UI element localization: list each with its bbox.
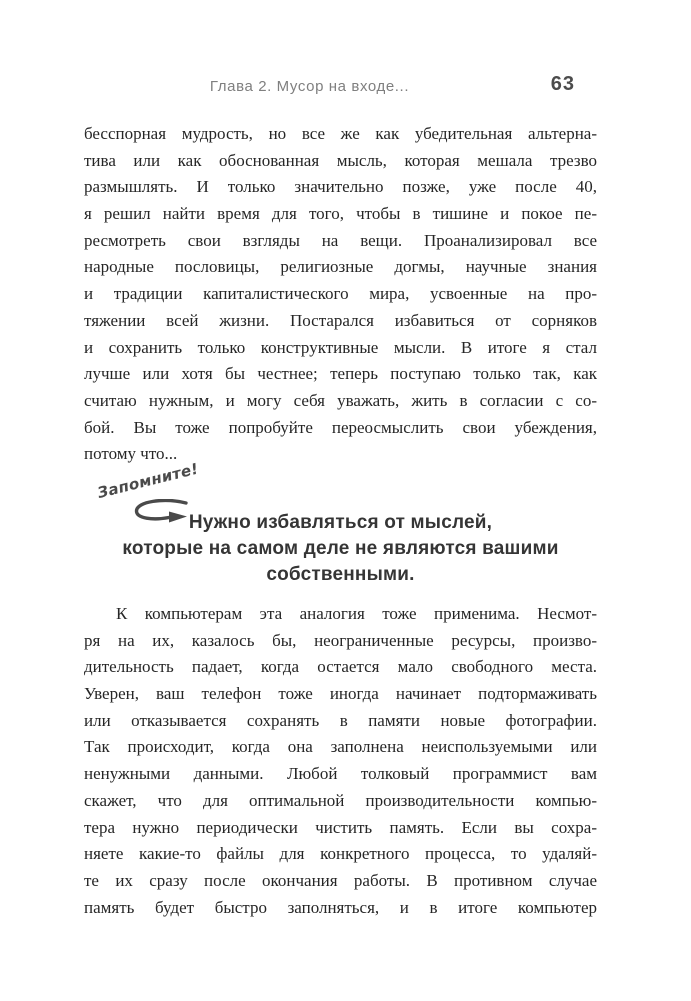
text-line: ненужными данными. Любой толковый програ… (84, 761, 597, 788)
text-line: тяжении всей жизни. Постарался избавитьс… (84, 308, 597, 335)
text-line: или отказывается сохранять в памяти новы… (84, 708, 597, 735)
remember-callout: Запомните! Нужно избавляться от мыслей, … (84, 478, 597, 590)
text-line: и сохранить только конструктивные мысли.… (84, 335, 597, 362)
text-line: Уверен, ваш телефон тоже иногда начинает… (84, 681, 597, 708)
text-line: К компьютерам эта аналогия тоже применим… (84, 601, 597, 628)
text-line: тера нужно периодически чистить память. … (84, 815, 597, 842)
chapter-title: Глава 2. Мусор на входе... (84, 78, 535, 95)
text-line: няете какие-то файлы для конкретного про… (84, 841, 597, 868)
text-line: тива или как обоснованная мысль, которая… (84, 148, 597, 175)
text-line: те их сразу после окончания работы. В пр… (84, 868, 597, 895)
text-line: размышлять. И только значительно позже, … (84, 174, 597, 201)
text-line: Так происходит, когда она заполнена неис… (84, 734, 597, 761)
curved-arrow-icon (132, 499, 190, 525)
page-number: 63 (551, 73, 575, 96)
text-line: считаю нужным, и могу себя уважать, жить… (84, 388, 597, 415)
callout-heading: Нужно избавляться от мыслей, которые на … (84, 478, 597, 588)
running-header: Глава 2. Мусор на входе... 63 (84, 76, 575, 100)
text-line: скажет, что для оптимальной производител… (84, 788, 597, 815)
text-line: я решил найти время для того, чтобы в ти… (84, 201, 597, 228)
callout-heading-line: собственными. (84, 562, 597, 588)
text-line: дительность падает, когда остается мало … (84, 654, 597, 681)
text-line: ресмотреть свои взгляды на вещи. Проанал… (84, 228, 597, 255)
paragraph-2: К компьютерам эта аналогия тоже применим… (84, 601, 597, 921)
callout-heading-line: которые на самом деле не являются вашими (84, 536, 597, 562)
book-page: Глава 2. Мусор на входе... 63 бесспорная… (0, 0, 691, 1001)
text-line: и традиции капиталистического мира, усво… (84, 281, 597, 308)
text-line: бесспорная мудрость, но все же как убеди… (84, 121, 597, 148)
text-line: потому что... (84, 441, 597, 468)
text-line: народные пословицы, религиозные догмы, н… (84, 254, 597, 281)
text-line: лучше или хотя бы честнее; теперь поступ… (84, 361, 597, 388)
paragraph-1: бесспорная мудрость, но все же как убеди… (84, 121, 597, 468)
text-line: память будет быстро заполняться, и в ито… (84, 895, 597, 922)
text-line: ря на их, казалось бы, неограниченные ре… (84, 628, 597, 655)
text-line: бой. Вы тоже попробуйте переосмыслить св… (84, 415, 597, 442)
